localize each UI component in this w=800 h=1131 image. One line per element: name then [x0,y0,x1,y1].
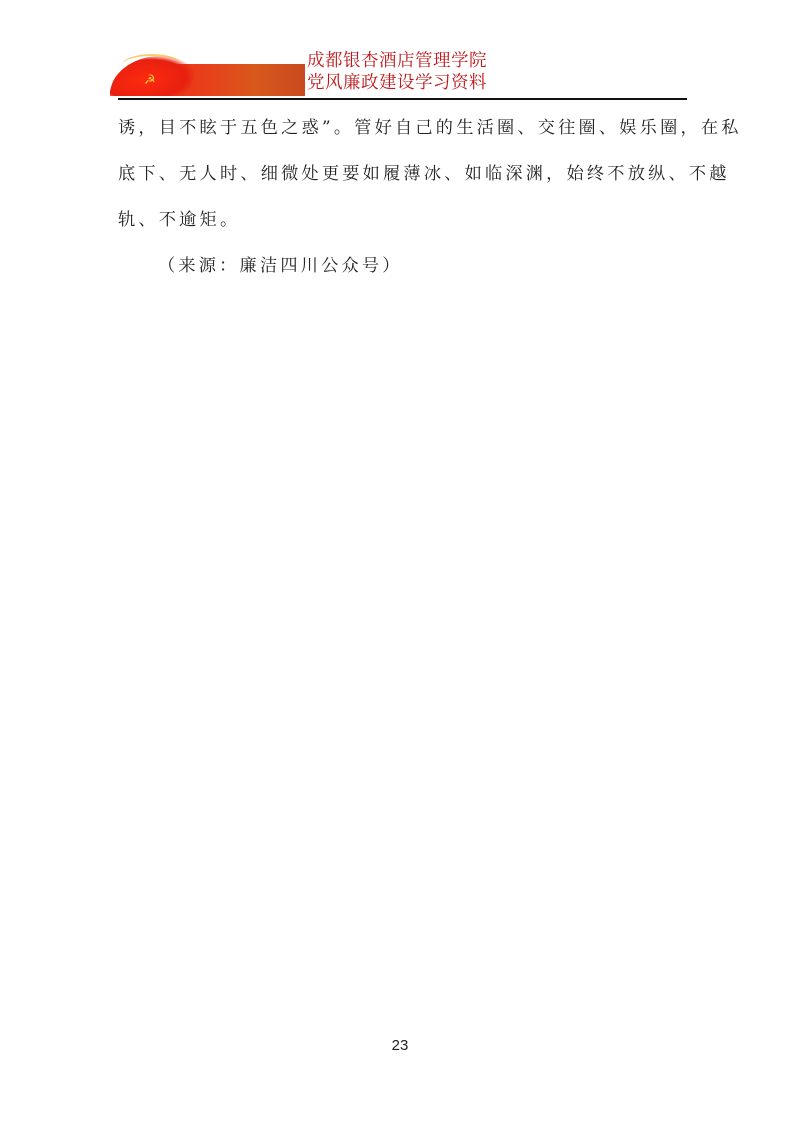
header-titles: 成都银杏酒店管理学院 党风廉政建设学习资料 [307,50,487,94]
page-header: ☭ 成都银杏酒店管理学院 党风廉政建设学习资料 [110,48,690,98]
header-divider [118,98,687,100]
page-number: 23 [0,1037,800,1054]
body-line: 诱，目不眩于五色之惑”。管好自己的生活圈、交往圈、娱乐圈，在私 [118,105,690,151]
party-emblem-icon: ☭ [144,74,156,87]
institution-name: 成都银杏酒店管理学院 [307,50,487,72]
header-banner: ☭ [110,48,305,96]
document-body: 诱，目不眩于五色之惑”。管好自己的生活圈、交往圈、娱乐圈，在私 底下、无人时、细… [118,105,690,289]
document-subtitle: 党风廉政建设学习资料 [307,72,487,94]
body-line: 轨、不逾矩。 [118,197,690,243]
body-paragraph: 诱，目不眩于五色之惑”。管好自己的生活圈、交往圈、娱乐圈，在私 底下、无人时、细… [118,105,690,243]
source-citation: （来源：廉洁四川公众号） [118,243,690,289]
body-line: 底下、无人时、细微处更要如履薄冰、如临深渊，始终不放纵、不越 [118,151,690,197]
